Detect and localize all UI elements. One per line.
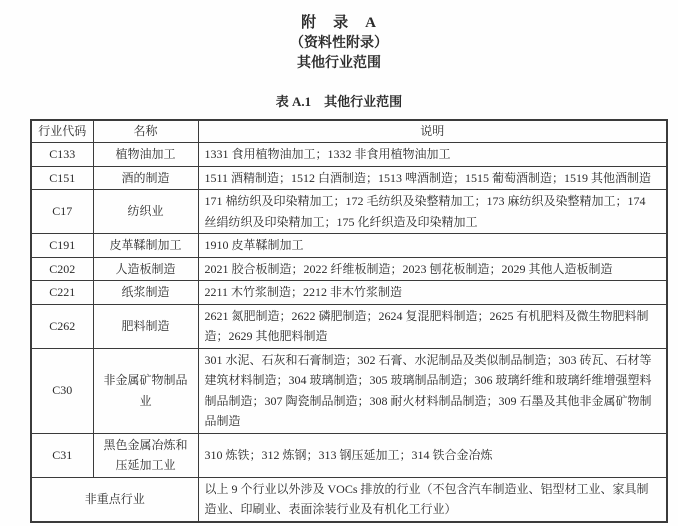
table-row: C30 非金属矿物制品业 301 水泥、石灰和石膏制造；302 石膏、水泥制品及…: [31, 348, 667, 433]
industry-name-cell: 非金属矿物制品业: [93, 348, 198, 433]
industry-desc-cell: 301 水泥、石灰和石膏制造；302 石膏、水泥制品及类似制品制造；303 砖瓦…: [198, 348, 667, 433]
industry-name-cell: 皮革鞣制加工: [93, 234, 198, 258]
industry-desc-cell: 310 炼铁；312 炼钢；313 钢压延加工；314 铁合金冶炼: [198, 433, 667, 477]
table-row: C202 人造板制造 2021 胶合板制造；2022 纤维板制造；2023 刨花…: [31, 257, 667, 281]
table-row-non-key-industries: 非重点行业 以上 9 个行业以外涉及 VOCs 排放的行业（不包含汽车制造业、铝…: [31, 477, 667, 522]
industry-desc-cell: 2211 木竹浆制造；2212 非木竹浆制造: [198, 281, 667, 305]
industry-desc-cell: 171 棉纺织及印染精加工；172 毛纺织及染整精加工；173 麻纺织及染整精加…: [198, 190, 667, 234]
non-key-industry-merged-cell: 非重点行业: [31, 477, 198, 522]
industry-code-cell: C262: [31, 304, 93, 348]
table-header-row: 行业代码 名称 说明: [31, 120, 667, 143]
industry-name-cell: 肥料制造: [93, 304, 198, 348]
appendix-subtitle: （资料性附录）: [0, 34, 678, 54]
industry-name-cell: 纸浆制造: [93, 281, 198, 305]
appendix-header: 附 录 A （资料性附录） 其他行业范围: [0, 0, 678, 74]
table-row: C151 酒的制造 1511 酒精制造；1512 白酒制造；1513 啤酒制造；…: [31, 166, 667, 190]
industry-code-cell: C151: [31, 166, 93, 190]
appendix-scope-title: 其他行业范围: [0, 54, 678, 74]
industry-code-cell: C133: [31, 143, 93, 167]
industry-name-cell: 植物油加工: [93, 143, 198, 167]
industry-name-cell: 纺织业: [93, 190, 198, 234]
industry-desc-cell: 以上 9 个行业以外涉及 VOCs 排放的行业（不包含汽车制造业、铝型材工业、家…: [198, 477, 667, 522]
industry-scope-table: 行业代码 名称 说明 C133 植物油加工 1331 食用植物油加工；1332 …: [30, 119, 668, 523]
industry-code-cell: C202: [31, 257, 93, 281]
industry-code-cell: C221: [31, 281, 93, 305]
industry-desc-cell: 1331 食用植物油加工；1332 非食用植物油加工: [198, 143, 667, 167]
table-row: C191 皮革鞣制加工 1910 皮革鞣制加工: [31, 234, 667, 258]
industry-name-cell: 黑色金属冶炼和压延加工业: [93, 433, 198, 477]
table-row: C133 植物油加工 1331 食用植物油加工；1332 非食用植物油加工: [31, 143, 667, 167]
appendix-title: 附 录 A: [0, 13, 678, 34]
document-page: 附 录 A （资料性附录） 其他行业范围 表 A.1 其他行业范围 行业代码 名…: [0, 0, 678, 526]
industry-name-cell: 人造板制造: [93, 257, 198, 281]
industry-desc-cell: 1511 酒精制造；1512 白酒制造；1513 啤酒制造；1515 葡萄酒制造…: [198, 166, 667, 190]
col-header-name: 名称: [93, 120, 198, 143]
table-caption: 表 A.1 其他行业范围: [0, 91, 678, 110]
industry-name-cell: 酒的制造: [93, 166, 198, 190]
col-header-industry-code: 行业代码: [31, 120, 93, 143]
industry-code-cell: C191: [31, 234, 93, 258]
industry-desc-cell: 1910 皮革鞣制加工: [198, 234, 667, 258]
col-header-description: 说明: [198, 120, 667, 143]
table-row: C17 纺织业 171 棉纺织及印染精加工；172 毛纺织及染整精加工；173 …: [31, 190, 667, 234]
table-row: C31 黑色金属冶炼和压延加工业 310 炼铁；312 炼钢；313 钢压延加工…: [31, 433, 667, 477]
industry-code-cell: C31: [31, 433, 93, 477]
industry-desc-cell: 2021 胶合板制造；2022 纤维板制造；2023 刨花板制造；2029 其他…: [198, 257, 667, 281]
table-row: C221 纸浆制造 2211 木竹浆制造；2212 非木竹浆制造: [31, 281, 667, 305]
table-row: C262 肥料制造 2621 氮肥制造；2622 磷肥制造；2624 复混肥料制…: [31, 304, 667, 348]
industry-code-cell: C17: [31, 190, 93, 234]
industry-code-cell: C30: [31, 348, 93, 433]
industry-desc-cell: 2621 氮肥制造；2622 磷肥制造；2624 复混肥料制造；2625 有机肥…: [198, 304, 667, 348]
